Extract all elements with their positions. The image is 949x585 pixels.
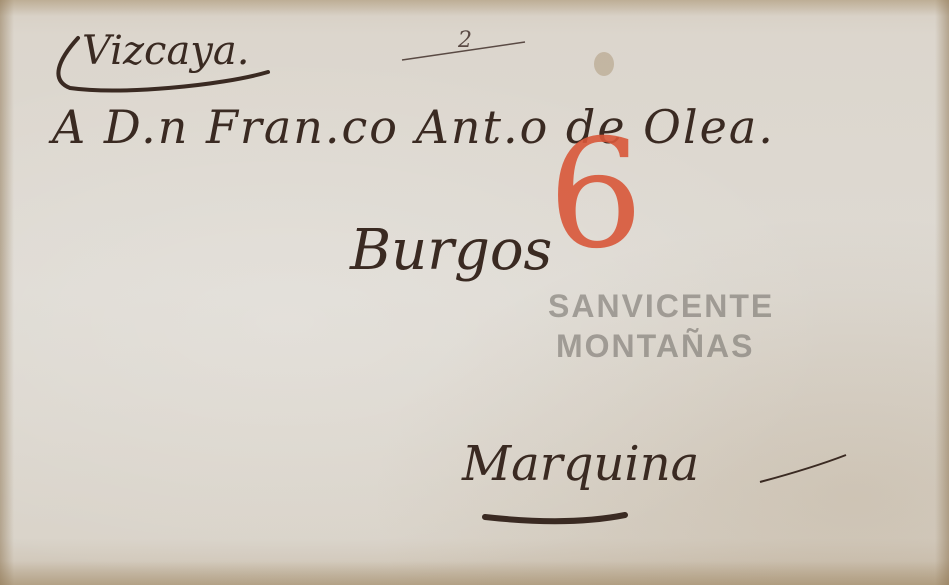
postmark-line2: MONTAÑAS bbox=[556, 328, 755, 365]
region-heading: Vizcaya. bbox=[82, 28, 249, 74]
postal-rate-mark: 6 bbox=[548, 120, 643, 270]
ink-flourishes bbox=[0, 0, 949, 585]
destination-city: Marquina bbox=[462, 436, 699, 492]
addressee-line: A D.n Fran.co Ant.o de Olea. bbox=[52, 100, 775, 154]
via-city: Burgos bbox=[350, 218, 552, 283]
postmark-line1: SANVICENTE bbox=[548, 288, 774, 325]
manuscript-marking: 2 bbox=[458, 28, 472, 53]
